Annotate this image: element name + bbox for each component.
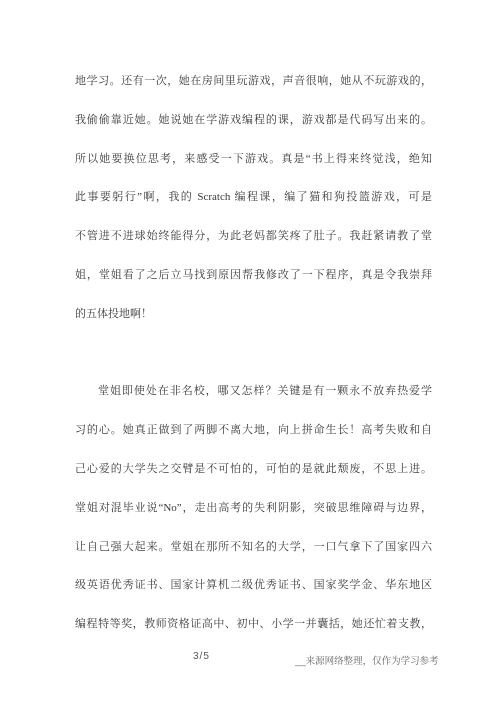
text-line: 己心爱的大学失之交臂是不可怕的，可怕的是就此颓废，不思上进。	[75, 450, 432, 489]
text-line: 我偷偷靠近她。她说她在学游戏编程的课，游戏都是代码写出来的。	[75, 101, 432, 140]
text-line: 堂姐即使处在非名校，哪又怎样？关键是有一颗永不放弃热爱学	[75, 372, 432, 411]
text-line: 姐，堂姐看了之后立马找到原因帮我修改了一下程序，真是令我崇拜	[75, 256, 432, 295]
source-note: __来源网络整理，仅作为学习参考	[295, 653, 439, 667]
text-line: 堂姐对混毕业说“No”，走出高考的失利阴影，突破思维障碍与边界，	[75, 489, 432, 528]
page-number: 3/5	[193, 651, 210, 662]
text-line: 此事要躬行”啊，我的 Scratch 编程课，编了猫和狗投篮游戏，可是	[75, 178, 432, 217]
text-line: 的五体投地啊！	[75, 295, 432, 334]
paragraph-gap	[75, 334, 432, 373]
text-line: 让自己强大起来。堂姐在那所不知名的大学，一口气拿下了国家四六	[75, 528, 432, 567]
text-line: 习的心。她真正做到了两脚不离大地，向上拼命生长！高考失败和自	[75, 411, 432, 450]
document-page: 地学习。还有一次，她在房间里玩游戏，声音很响，她从不玩游戏的， 我偷偷靠近她。她…	[0, 0, 500, 707]
text-line: 地学习。还有一次，她在房间里玩游戏，声音很响，她从不玩游戏的，	[75, 62, 432, 101]
text-line: 级英语优秀证书、国家计算机二级优秀证书、国家奖学金、华东地区	[75, 566, 432, 605]
document-body: 地学习。还有一次，她在房间里玩游戏，声音很响，她从不玩游戏的， 我偷偷靠近她。她…	[75, 62, 432, 644]
text-line: 编程特等奖，教师资格证高中、初中、小学一并囊括，她还忙着支教，	[75, 605, 432, 644]
text-line: 所以她要换位思考，来感受一下游戏。真是“书上得来终觉浅，绝知	[75, 140, 432, 179]
text-line: 不管进不进球始终能得分，为此老妈都笑疼了肚子。我赶紧请教了堂	[75, 217, 432, 256]
